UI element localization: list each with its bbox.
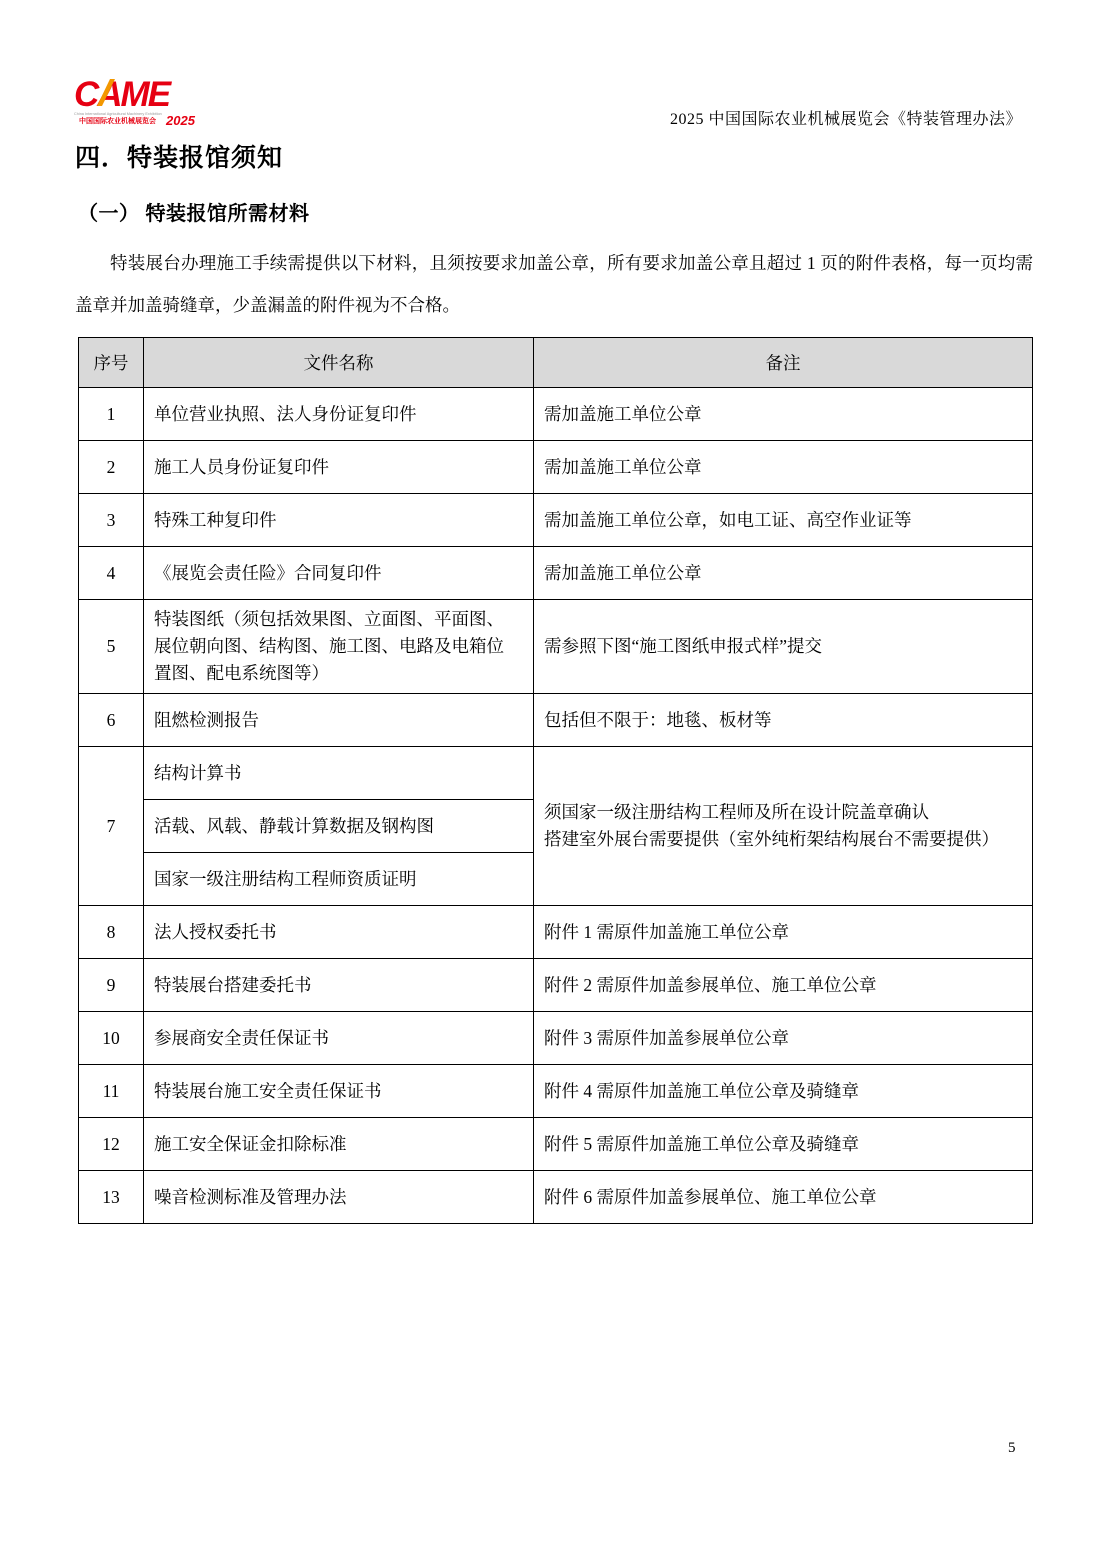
table-row: 13 噪音检测标准及管理办法 附件 6 需原件加盖参展单位、施工单位公章 — [79, 1171, 1033, 1224]
document-page: CAME China International Agricultural Ma… — [0, 0, 1102, 1559]
row-number-cell: 13 — [79, 1171, 144, 1224]
header-cell-no: 序号 — [79, 338, 144, 388]
header-cell-note: 备注 — [534, 338, 1033, 388]
came-logo-graphic: CAME China International Agricultural Ma… — [74, 76, 204, 132]
note-cell: 需加盖施工单位公章，如电工证、高空作业证等 — [534, 494, 1033, 547]
row-number-cell: 4 — [79, 547, 144, 600]
document-header-title: 2025 中国国际农业机械展览会《特装管理办法》 — [670, 106, 1022, 129]
header-row: 序号 文件名称 备注 — [79, 338, 1033, 388]
file-name-cell: 特装展台搭建委托书 — [144, 959, 534, 1012]
file-name-cell: 噪音检测标准及管理办法 — [144, 1171, 534, 1224]
note-cell: 需加盖施工单位公章 — [534, 547, 1033, 600]
table-row: 9 特装展台搭建委托书 附件 2 需原件加盖参展单位、施工单位公章 — [79, 959, 1033, 1012]
row-number-cell: 11 — [79, 1065, 144, 1118]
row-number-cell: 8 — [79, 906, 144, 959]
file-name-cell: 特装展台施工安全责任保证书 — [144, 1065, 534, 1118]
logo-year-text: 2025 — [165, 113, 196, 128]
materials-table-body: 1 单位营业执照、法人身份证复印件 需加盖施工单位公章 2 施工人员身份证复印件… — [79, 388, 1033, 1224]
note-cell: 附件 5 需原件加盖施工单位公章及骑缝章 — [534, 1118, 1033, 1171]
section-subtitle: （一） 特装报馆所需材料 — [78, 197, 310, 226]
logo-tagline-cn: 中国国际农业机械展览会 — [79, 116, 156, 125]
file-name-cell: 结构计算书 — [144, 747, 534, 800]
header-cell-name: 文件名称 — [144, 338, 534, 388]
file-name-cell: 法人授权委托书 — [144, 906, 534, 959]
note-cell: 附件 4 需原件加盖施工单位公章及骑缝章 — [534, 1065, 1033, 1118]
file-name-cell: 国家一级注册结构工程师资质证明 — [144, 853, 534, 906]
table-row: 1 单位营业执照、法人身份证复印件 需加盖施工单位公章 — [79, 388, 1033, 441]
row-number-cell: 3 — [79, 494, 144, 547]
file-name-cell: 施工安全保证金扣除标准 — [144, 1118, 534, 1171]
file-name-cell: 参展商安全责任保证书 — [144, 1012, 534, 1065]
materials-table-header: 序号 文件名称 备注 — [79, 338, 1033, 388]
section-title: 四．特装报馆须知 — [75, 138, 283, 174]
page-number: 5 — [1008, 1440, 1016, 1457]
file-name-cell: 《展览会责任险》合同复印件 — [144, 547, 534, 600]
table-row: 7 结构计算书 须国家一级注册结构工程师及所在设计院盖章确认 搭建室外展台需要提… — [79, 747, 1033, 800]
note-cell: 需加盖施工单位公章 — [534, 441, 1033, 494]
note-cell: 包括但不限于：地毯、板材等 — [534, 694, 1033, 747]
came-logo: CAME China International Agricultural Ma… — [74, 76, 204, 132]
file-name-cell: 阻燃检测报告 — [144, 694, 534, 747]
file-name-cell: 单位营业执照、法人身份证复印件 — [144, 388, 534, 441]
file-name-cell: 活载、风载、静载计算数据及钢构图 — [144, 800, 534, 853]
row-number-cell: 5 — [79, 600, 144, 694]
note-cell: 附件 3 需原件加盖参展单位公章 — [534, 1012, 1033, 1065]
row-number-cell: 1 — [79, 388, 144, 441]
file-name-cell: 特装图纸（须包括效果图、立面图、平面图、展位朝向图、结构图、施工图、电路及电箱位… — [144, 600, 534, 694]
note-cell: 须国家一级注册结构工程师及所在设计院盖章确认 搭建室外展台需要提供（室外纯桁架结… — [534, 747, 1033, 906]
table-row: 3 特殊工种复印件 需加盖施工单位公章，如电工证、高空作业证等 — [79, 494, 1033, 547]
logo-brand-text: CAME — [74, 76, 173, 114]
materials-table: 序号 文件名称 备注 1 单位营业执照、法人身份证复印件 需加盖施工单位公章 2… — [78, 337, 1033, 1224]
row-number-cell: 12 — [79, 1118, 144, 1171]
row-number-cell: 2 — [79, 441, 144, 494]
note-cell: 附件 1 需原件加盖施工单位公章 — [534, 906, 1033, 959]
intro-paragraph: 特装展台办理施工手续需提供以下材料，且须按要求加盖公章，所有要求加盖公章且超过 … — [75, 242, 1033, 326]
note-cell: 附件 2 需原件加盖参展单位、施工单位公章 — [534, 959, 1033, 1012]
logo-tagline-en: China International Agricultural Machine… — [74, 112, 162, 116]
row-number-cell: 9 — [79, 959, 144, 1012]
table-row: 11 特装展台施工安全责任保证书 附件 4 需原件加盖施工单位公章及骑缝章 — [79, 1065, 1033, 1118]
table-row: 4 《展览会责任险》合同复印件 需加盖施工单位公章 — [79, 547, 1033, 600]
row-number-cell: 10 — [79, 1012, 144, 1065]
table-row: 10 参展商安全责任保证书 附件 3 需原件加盖参展单位公章 — [79, 1012, 1033, 1065]
note-cell: 需加盖施工单位公章 — [534, 388, 1033, 441]
note-cell: 需参照下图“施工图纸申报式样”提交 — [534, 600, 1033, 694]
file-name-cell: 特殊工种复印件 — [144, 494, 534, 547]
row-number-cell: 6 — [79, 694, 144, 747]
file-name-cell: 施工人员身份证复印件 — [144, 441, 534, 494]
table-row: 12 施工安全保证金扣除标准 附件 5 需原件加盖施工单位公章及骑缝章 — [79, 1118, 1033, 1171]
table-row: 6 阻燃检测报告 包括但不限于：地毯、板材等 — [79, 694, 1033, 747]
table-row: 2 施工人员身份证复印件 需加盖施工单位公章 — [79, 441, 1033, 494]
note-cell: 附件 6 需原件加盖参展单位、施工单位公章 — [534, 1171, 1033, 1224]
table-row: 5 特装图纸（须包括效果图、立面图、平面图、展位朝向图、结构图、施工图、电路及电… — [79, 600, 1033, 694]
row-number-cell: 7 — [79, 747, 144, 906]
table-row: 8 法人授权委托书 附件 1 需原件加盖施工单位公章 — [79, 906, 1033, 959]
